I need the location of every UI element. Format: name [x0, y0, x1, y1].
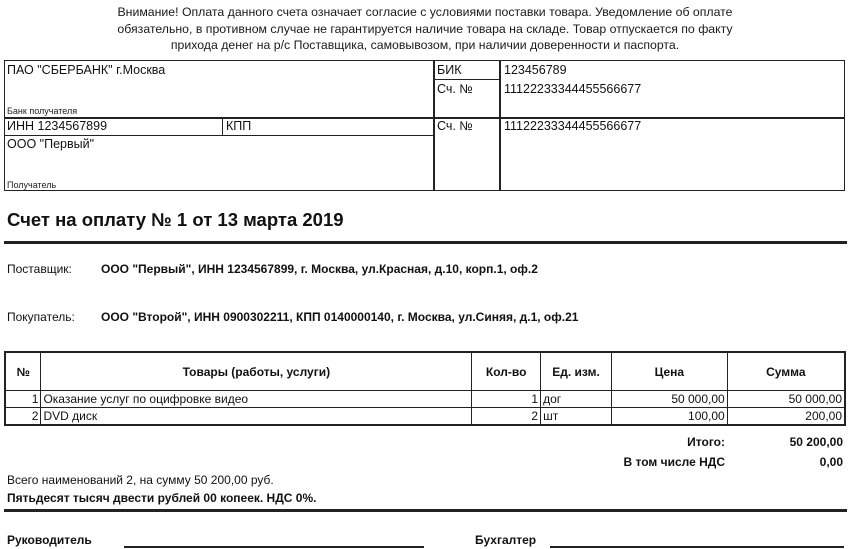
- vat-value: 0,00: [820, 455, 843, 469]
- table-header-row: № Товары (работы, услуги) Кол-во Ед. изм…: [5, 352, 845, 391]
- row-qty: 2: [472, 408, 541, 426]
- payment-notice: Внимание! Оплата данного счета означает …: [60, 4, 790, 54]
- bank-caption: Банк получателя: [7, 106, 77, 116]
- supplier-value: ООО "Первый", ИНН 1234567899, г. Москва,…: [101, 262, 538, 276]
- header-no: №: [5, 352, 41, 391]
- row-no: 1: [5, 391, 41, 408]
- header-unit: Ед. изм.: [541, 352, 612, 391]
- notice-line: прихода денег на р/с Поставщика, самовыв…: [60, 37, 790, 54]
- divider: [499, 61, 501, 190]
- notice-line: Внимание! Оплата данного счета означает …: [60, 4, 790, 21]
- corr-account-value: 11122233344455566677: [504, 82, 641, 96]
- inn-value: ИНН 1234567899: [7, 119, 107, 133]
- total-value: 50 200,00: [790, 435, 843, 449]
- table-row: 2 DVD диск 2 шт 100,00 200,00: [5, 408, 845, 426]
- table-row: 1 Оказание услуг по оцифровке видео 1 до…: [5, 391, 845, 408]
- invoice-title: Счет на оплату № 1 от 13 марта 2019: [7, 209, 344, 231]
- row-name: DVD диск: [41, 408, 472, 426]
- kpp-label: КПП: [226, 119, 251, 133]
- header-price: Цена: [611, 352, 727, 391]
- row-no: 2: [5, 408, 41, 426]
- divider: [222, 117, 223, 136]
- title-rule: [4, 241, 847, 244]
- notice-line: обязательно, в противном случае не гаран…: [60, 21, 790, 38]
- total-label: Итого:: [687, 435, 725, 449]
- row-qty: 1: [472, 391, 541, 408]
- summary-rule: [4, 509, 847, 512]
- divider: [5, 135, 434, 136]
- buyer-value: ООО "Второй", ИНН 0900302211, КПП 014000…: [101, 310, 578, 324]
- summary-count: Всего наименований 2, на сумму 50 200,00…: [7, 473, 274, 487]
- bik-value: 123456789: [504, 63, 567, 77]
- row-sum: 50 000,00: [727, 391, 845, 408]
- summary-words: Пятьдесят тысяч двести рублей 00 копеек.…: [7, 491, 316, 505]
- bank-name: ПАО "СБЕРБАНК" г.Москва: [7, 63, 165, 77]
- account-label: Сч. №: [437, 119, 473, 133]
- director-label: Руководитель: [7, 533, 92, 547]
- divider: [433, 79, 500, 80]
- accountant-signature-line[interactable]: [550, 546, 844, 548]
- divider: [433, 61, 435, 190]
- account-value: 11122233344455566677: [504, 119, 641, 133]
- row-unit: шт: [541, 408, 612, 426]
- supplier-label: Поставщик:: [7, 262, 72, 276]
- row-name: Оказание услуг по оцифровке видео: [41, 391, 472, 408]
- recipient-caption: Получатель: [7, 180, 56, 190]
- row-price: 50 000,00: [611, 391, 727, 408]
- items-table: № Товары (работы, услуги) Кол-во Ед. изм…: [4, 351, 846, 426]
- corr-account-label: Сч. №: [437, 82, 473, 96]
- header-goods: Товары (работы, услуги): [41, 352, 472, 391]
- recipient-name: ООО "Первый": [7, 137, 94, 151]
- row-sum: 200,00: [727, 408, 845, 426]
- bank-details-box: ПАО "СБЕРБАНК" г.Москва Банк получателя …: [4, 60, 845, 191]
- buyer-label: Покупатель:: [7, 310, 75, 324]
- bik-label: БИК: [437, 63, 461, 77]
- row-unit: дог: [541, 391, 612, 408]
- vat-label: В том числе НДС: [624, 455, 725, 469]
- director-signature-line[interactable]: [124, 546, 424, 548]
- accountant-label: Бухгалтер: [475, 533, 536, 547]
- header-sum: Сумма: [727, 352, 845, 391]
- divider: [5, 117, 844, 119]
- header-qty: Кол-во: [472, 352, 541, 391]
- row-price: 100,00: [611, 408, 727, 426]
